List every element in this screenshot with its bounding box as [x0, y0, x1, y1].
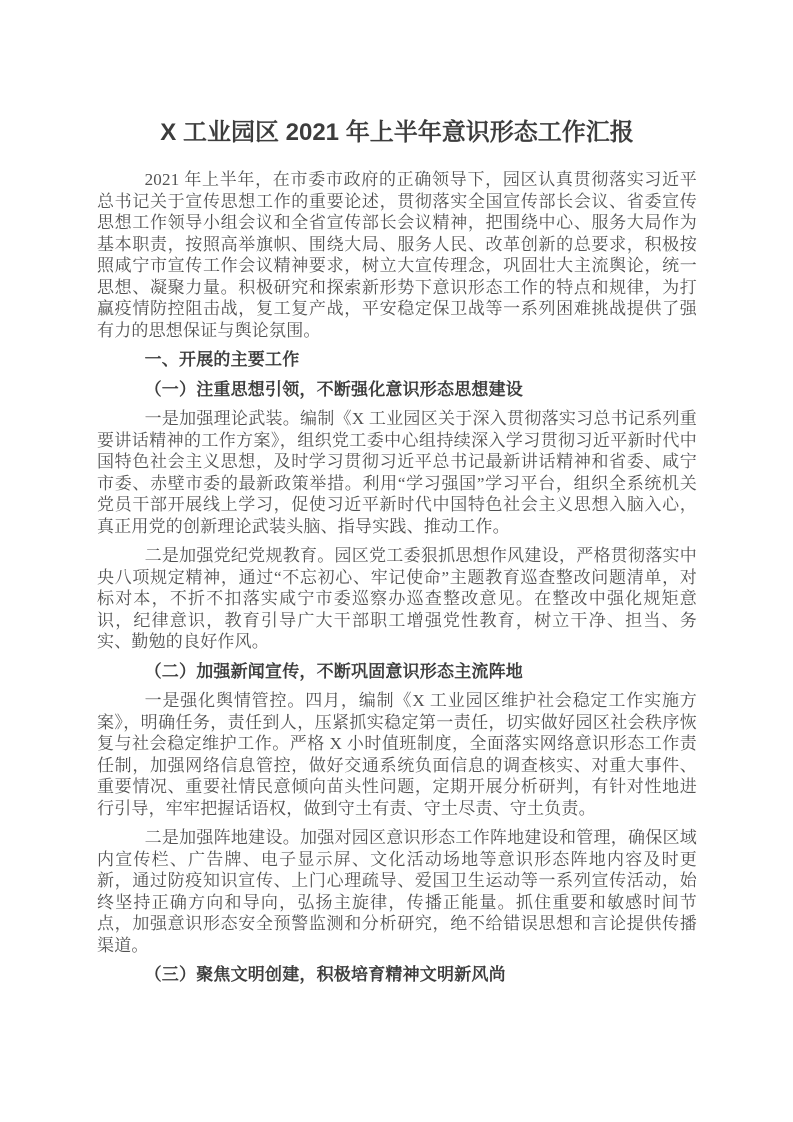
subsection-heading-civilization-building: （三）聚焦文明创建，积极培育精神文明新风尚: [97, 964, 697, 986]
subsection-heading-thought-guidance: （一）注重思想引领，不断强化意识形态思想建设: [97, 379, 697, 401]
document-page: X 工业园区 2021 年上半年意识形态工作汇报 2021 年上半年，在市委市政…: [0, 0, 793, 1122]
paragraph-theory-armament: 一是加强理论武装。编制《X 工业园区关于深入贯彻落实习总书记系列重要讲话精神的工…: [97, 408, 697, 537]
paragraph-position-construction: 二是加强阵地建设。加强对园区意识形态工作阵地建设和管理，确保区域内宣传栏、广告牌…: [97, 827, 697, 956]
section-heading-main-work: 一、开展的主要工作: [97, 349, 697, 371]
document-title: X 工业园区 2021 年上半年意识形态工作汇报: [97, 118, 697, 148]
paragraph-public-opinion-control: 一是强化舆情管控。四月，编制《X 工业园区维护社会稳定工作实施方案》，明确任务，…: [97, 690, 697, 819]
paragraph-party-discipline-education: 二是加强党纪党规教育。园区党工委狠抓思想作风建设，严格贯彻落实中央八项规定精神，…: [97, 545, 697, 653]
subsection-heading-news-publicity: （二）加强新闻宣传，不断巩固意识形态主流阵地: [97, 661, 697, 683]
intro-paragraph: 2021 年上半年，在市委市政府的正确领导下，园区认真贯彻落实习近平总书记关于宣…: [97, 169, 697, 341]
